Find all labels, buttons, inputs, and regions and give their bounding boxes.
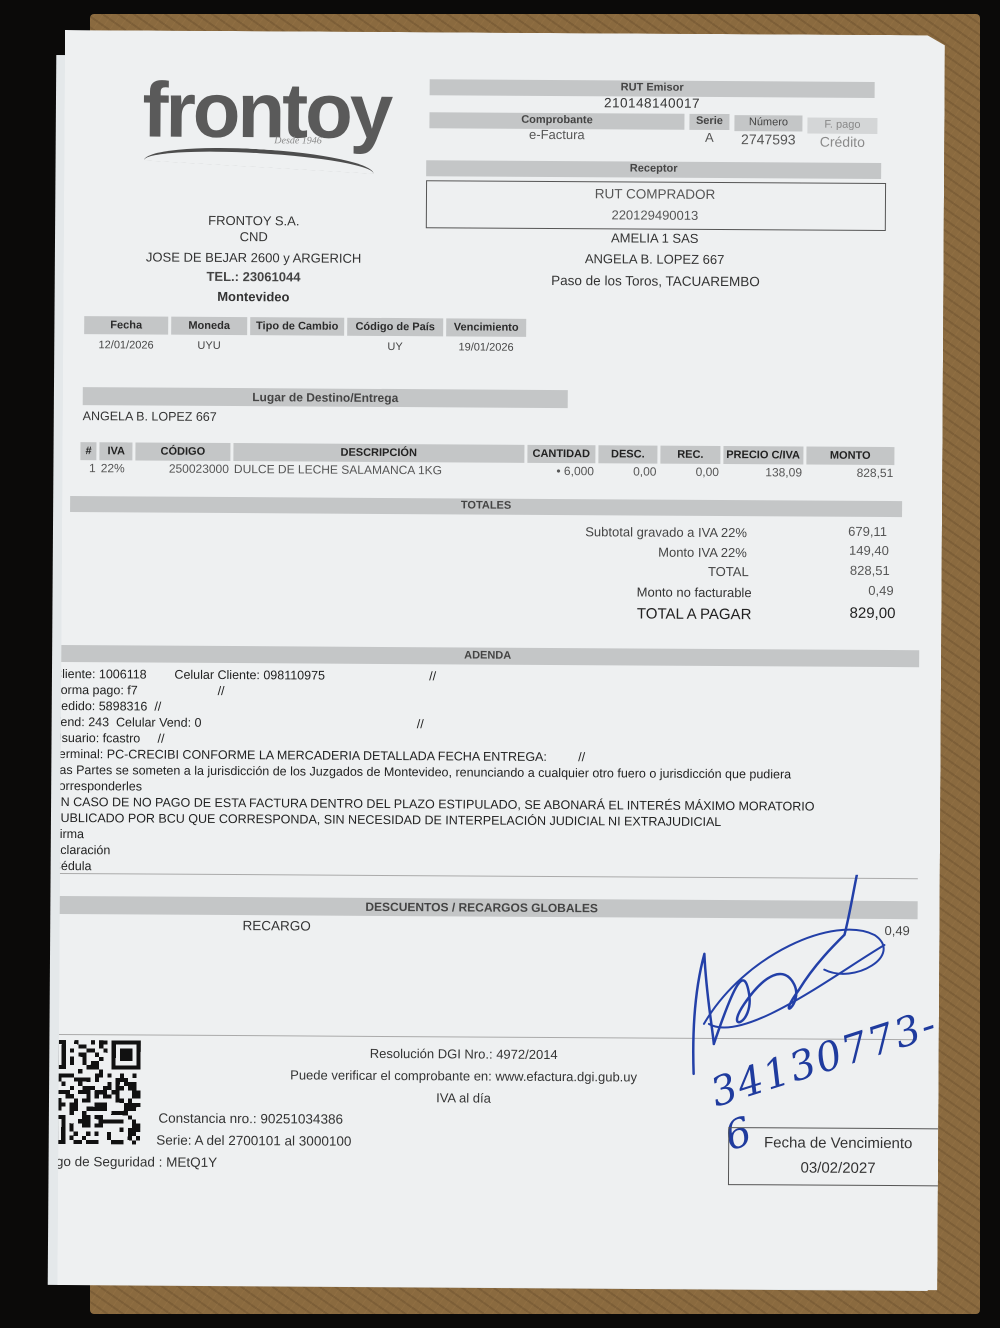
serie-value: A bbox=[689, 130, 729, 145]
col-rec: REC. bbox=[661, 446, 721, 464]
iva-label: Monto IVA 22% bbox=[487, 544, 747, 561]
issuer-name: FRONTOY S.A. bbox=[119, 212, 389, 229]
col-codigo: CÓDIGO bbox=[136, 442, 230, 461]
invoice-info-table: Fecha Moneda Tipo de Cambio Código de Pa… bbox=[81, 316, 529, 359]
receptor-band: Receptor bbox=[426, 160, 881, 179]
col-num: # bbox=[80, 442, 97, 460]
tipo-cambio-value bbox=[250, 335, 344, 358]
col-cantidad: CANTIDAD bbox=[527, 445, 595, 463]
subtotal-label: Subtotal gravado a IVA 22% bbox=[487, 524, 747, 541]
verificar-comprobante: Puede verificar el comprobante en: www.e… bbox=[244, 1067, 684, 1085]
rut-comprador-label: RUT COMPRADOR bbox=[426, 185, 884, 203]
no-facturable-value: 0,49 bbox=[804, 583, 894, 599]
issuer-address: JOSE DE BEJAR 2600 y ARGERICH bbox=[119, 249, 389, 266]
item-monto: 828,51 bbox=[806, 465, 894, 482]
numero-value: 2747593 bbox=[734, 131, 802, 147]
receptor-name: AMELIA 1 SAS bbox=[426, 229, 884, 247]
receptor-address: ANGELA B. LOPEZ 667 bbox=[426, 250, 884, 268]
col-desc: DESC. bbox=[598, 445, 658, 463]
comprobante-value: e-Factura bbox=[429, 126, 684, 143]
no-facturable-label: Monto no facturable bbox=[492, 584, 752, 601]
col-codigo-pais: Código de País bbox=[347, 318, 443, 337]
numero-label: Número bbox=[734, 115, 802, 129]
fpago-value: Crédito bbox=[807, 134, 877, 150]
numero-band: Número bbox=[734, 115, 802, 131]
col-tipo-cambio: Tipo de Cambio bbox=[250, 317, 344, 336]
col-iva: IVA bbox=[100, 442, 133, 460]
item-codigo: 250023000 bbox=[136, 460, 230, 477]
fecha-vencimiento-label: Fecha de Vencimiento bbox=[728, 1134, 948, 1152]
moneda-value: UYU bbox=[171, 335, 247, 357]
total-pagar-value: 829,00 bbox=[805, 605, 895, 623]
logo-tagline: Desde 1946 bbox=[274, 135, 322, 146]
frontoy-logo: frontoy bbox=[142, 70, 390, 150]
item-cantidad: • 6,000 bbox=[527, 463, 595, 479]
destino-label: Lugar de Destino/Entrega bbox=[83, 387, 568, 408]
destino-band: Lugar de Destino/Entrega bbox=[83, 387, 568, 408]
col-fecha: Fecha bbox=[84, 316, 168, 335]
total-label: TOTAL bbox=[489, 563, 749, 580]
comprobante-label: Comprobante bbox=[429, 112, 684, 128]
issuer-line2: CND bbox=[119, 228, 389, 245]
item-iva: 22% bbox=[100, 460, 133, 476]
receptor-label: Receptor bbox=[426, 160, 881, 177]
resolucion-dgi: Resolución DGI Nro.: 4972/2014 bbox=[254, 1045, 674, 1063]
destino-value: ANGELA B. LOPEZ 667 bbox=[83, 409, 217, 424]
item-rec: 0,00 bbox=[660, 464, 720, 480]
total-pagar-label: TOTAL A PAGAR bbox=[491, 605, 751, 624]
item-desc: 0,00 bbox=[598, 463, 658, 479]
subtotal-value: 679,11 bbox=[797, 523, 887, 539]
receptor-city: Paso de los Toros, TACUAREMBO bbox=[425, 272, 885, 290]
constancia-nro: Constancia nro.: 90251034386 bbox=[158, 1111, 343, 1127]
rut-comprador-value: 220129490013 bbox=[426, 206, 884, 224]
rut-emisor-value: 210148140017 bbox=[430, 94, 875, 112]
totales-label: TOTALES bbox=[70, 496, 902, 515]
col-vencimiento: Vencimiento bbox=[446, 318, 526, 336]
codigo-pais-value: UY bbox=[347, 336, 443, 359]
rut-emisor-label: RUT Emisor bbox=[430, 79, 875, 96]
vencimiento-value: 19/01/2026 bbox=[446, 336, 526, 358]
adenda-text: Cliente: 1006118 Celular Cliente: 098110… bbox=[52, 666, 815, 879]
serie-band: Serie bbox=[689, 114, 729, 130]
serie-label: Serie bbox=[689, 114, 729, 128]
adenda-label: ADENDA bbox=[51, 645, 919, 667]
totales-band: TOTALES bbox=[70, 496, 902, 517]
col-monto: MONTO bbox=[806, 447, 894, 466]
iva-al-dia: IVA al día bbox=[253, 1089, 673, 1107]
col-precio: PRECIO C/IVA bbox=[723, 446, 803, 464]
invoice-sheet: frontoy Desde 1946 FRONTOY S.A. CND JOSE… bbox=[57, 30, 945, 1290]
fecha-value: 12/01/2026 bbox=[84, 334, 168, 357]
item-num: 1 bbox=[80, 460, 97, 476]
fpago-label: F. pago bbox=[807, 118, 877, 132]
issuer-city: Montevideo bbox=[118, 288, 388, 305]
iva-value: 149,40 bbox=[799, 542, 889, 558]
fecha-vencimiento-value: 03/02/2027 bbox=[728, 1159, 948, 1177]
item-precio: 138,09 bbox=[723, 464, 803, 480]
issuer-phone: TEL.: 23061044 bbox=[118, 268, 388, 285]
total-value: 828,51 bbox=[800, 562, 890, 578]
col-moneda: Moneda bbox=[171, 317, 247, 335]
items-table: # IVA CÓDIGO DESCRIPCIÓN CANTIDAD DESC. … bbox=[77, 442, 897, 481]
item-descripcion: DULCE DE LECHE SALAMANCA 1KG bbox=[233, 461, 524, 479]
recargo-label: RECARGO bbox=[242, 918, 310, 933]
serie-rango: Serie: A del 2700101 al 3000100 bbox=[156, 1133, 351, 1149]
adenda-band: ADENDA bbox=[51, 645, 919, 667]
col-descripcion: DESCRIPCIÓN bbox=[233, 443, 524, 463]
fpago-band: F. pago bbox=[807, 118, 877, 134]
